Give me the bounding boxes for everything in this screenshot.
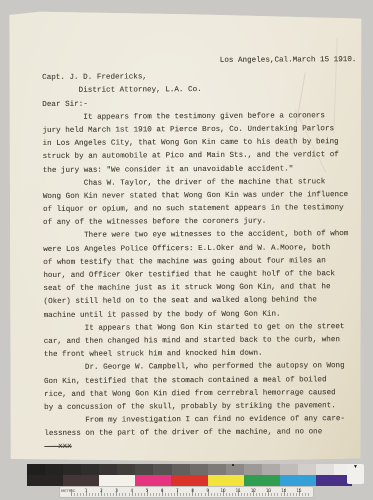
letter-line: Dr. George W. Campbell, who performed th… — [44, 360, 356, 375]
ruler-number: 2 — [100, 488, 103, 493]
ruler-number: 13 — [266, 488, 271, 493]
ruler-number: 5 — [146, 488, 149, 493]
ruler-number: 14 — [281, 488, 286, 493]
ruler-number: 10 — [220, 488, 225, 493]
gray-step — [117, 464, 135, 475]
gray-step — [280, 464, 298, 475]
letter-line: lessness on the part of the driver of th… — [44, 426, 356, 441]
metric-ruler: METRIC 123456789101112131415 — [60, 487, 313, 497]
letter-line: car, and then changed his mind and start… — [44, 334, 356, 349]
gray-step — [63, 464, 81, 475]
ruler-ticks — [71, 489, 309, 496]
ruler-number: 7 — [176, 488, 179, 493]
gray-step — [135, 464, 153, 475]
color-patches — [27, 475, 352, 486]
gray-step — [208, 464, 226, 475]
ruler-number: 4 — [131, 488, 134, 493]
color-patch — [208, 475, 244, 486]
gray-step — [99, 464, 117, 475]
gray-step — [45, 464, 63, 475]
gray-step — [226, 464, 244, 475]
registration-marker-icon: ▼ — [347, 464, 364, 484]
letter-paper: Los Angeles,Cal.March 15 1910.Capt. J. D… — [8, 10, 362, 462]
letter-line: struck by an automobile at Pico and Main… — [43, 149, 355, 164]
gray-step — [153, 464, 171, 475]
color-patch — [135, 475, 171, 486]
ruler-number: 3 — [115, 488, 118, 493]
color-patch — [63, 475, 99, 486]
color-patch — [244, 475, 280, 486]
letter-date: Los Angeles,Cal.March 15 1910. — [42, 54, 354, 69]
gray-step — [298, 464, 316, 475]
ruler-number: 12 — [251, 488, 256, 493]
color-patch — [99, 475, 135, 486]
letter-line: (Oker) still held on to the seat and wal… — [43, 294, 355, 309]
color-patch — [280, 475, 316, 486]
gray-step — [81, 464, 99, 475]
ruler-number: 6 — [161, 488, 164, 493]
ruler-number: 9 — [207, 488, 210, 493]
ruler-number: 8 — [191, 488, 194, 493]
color-patch — [27, 475, 63, 486]
color-patch — [171, 475, 207, 486]
gray-step — [262, 464, 280, 475]
grayscale-wedge — [27, 464, 352, 475]
ruler-number: 1 — [85, 488, 88, 493]
letter-body: Los Angeles,Cal.March 15 1910.Capt. J. D… — [42, 54, 356, 455]
gray-step — [190, 464, 208, 475]
letter-line: There were two eye witnesses to the acci… — [43, 229, 355, 244]
letter-line: of liquor or opium, and no such statemen… — [43, 202, 355, 217]
strikeout-text: xxx — [44, 440, 356, 455]
calibration-target: ▼ METRIC 123456789101112131415 — [27, 464, 352, 498]
gray-step — [172, 464, 190, 475]
registration-dot-icon — [232, 464, 234, 466]
gray-step — [27, 464, 45, 475]
ruler-number: 11 — [236, 488, 241, 493]
ruler-number: 15 — [296, 488, 301, 493]
gray-step — [244, 464, 262, 475]
gray-step — [316, 464, 334, 475]
